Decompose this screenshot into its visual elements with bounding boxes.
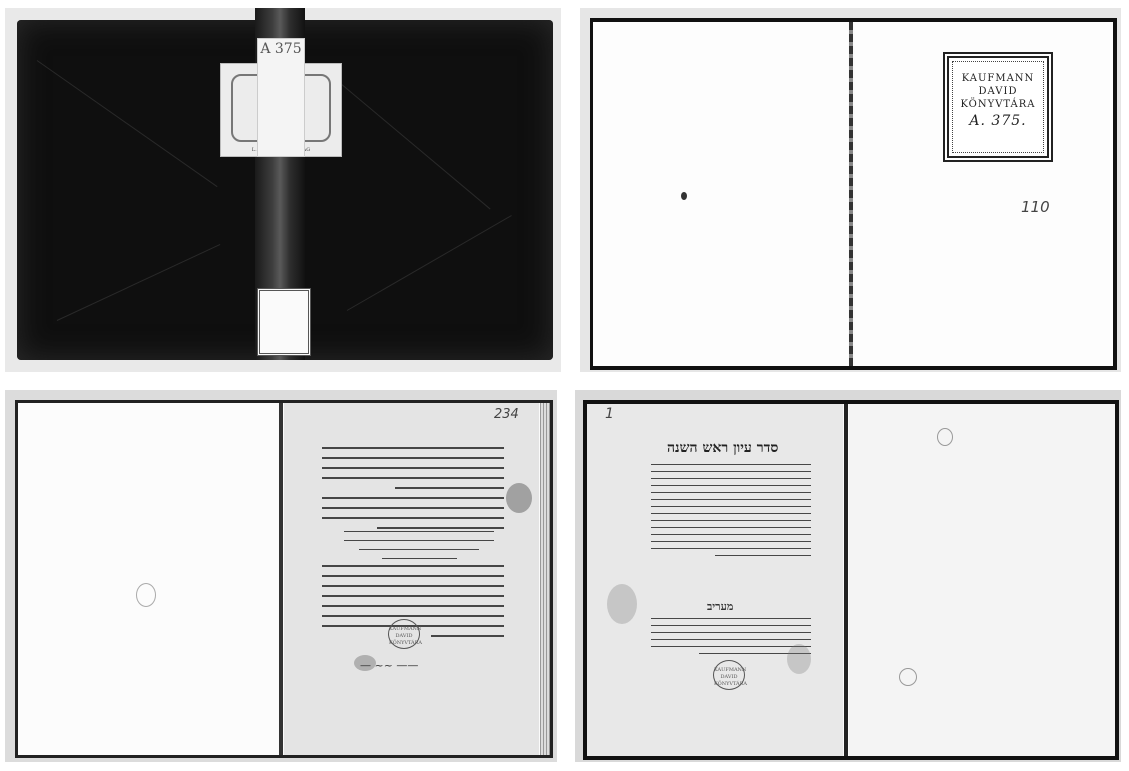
gutter [844,404,848,756]
hebrew-text-block [651,464,811,562]
left-page [18,403,278,755]
image-binding-cover: L. LIEBER & MONTAG A 375 [5,8,561,372]
right-page: 234 KAUFMANN DAVID KÖNYVTÁRA — ~~ —— [284,403,539,755]
section-label: מעריב [707,600,733,613]
library-stamp: KAUFMANN DAVID KÖNYVTÁRA [713,660,745,690]
spine-label-lower [257,288,311,356]
gutter [849,22,853,366]
hebrew-text-block [344,531,494,567]
image-final-leaf: 234 KAUFMANN DAVID KÖNYVTÁRA — ~~ —— [5,390,557,762]
left-page: 1 סדר עיון ראש השנה מעריב KAUFMANN DAVID… [587,404,843,756]
image-first-leaf: 1 סדר עיון ראש השנה מעריב KAUFMANN DAVID… [575,390,1121,762]
image-front-flyleaf: KAUFMANN DAVID KÖNYVTÁRA A. 375. 110 [580,8,1121,372]
gutter [279,403,283,755]
left-page [593,22,848,366]
shelfmark-slip: A 375 [257,38,305,157]
page-heading: סדר עיון ראש השנה [667,440,778,457]
open-book: 234 KAUFMANN DAVID KÖNYVTÁRA — ~~ —— [15,400,553,758]
open-book: 1 סדר עיון ראש השנה מעריב KAUFMANN DAVID… [583,400,1119,760]
library-stamp: KAUFMANN DAVID KÖNYVTÁRA [388,619,420,649]
folio-number: 110 [1021,198,1050,216]
folio-number: 1 [605,406,614,422]
hebrew-text-block [322,447,504,537]
right-page [849,404,1115,756]
bookplate: KAUFMANN DAVID KÖNYVTÁRA A. 375. [943,52,1053,162]
page-edges [540,403,550,755]
folio-number: 234 [494,407,519,422]
open-book: KAUFMANN DAVID KÖNYVTÁRA A. 375. 110 [590,18,1117,370]
